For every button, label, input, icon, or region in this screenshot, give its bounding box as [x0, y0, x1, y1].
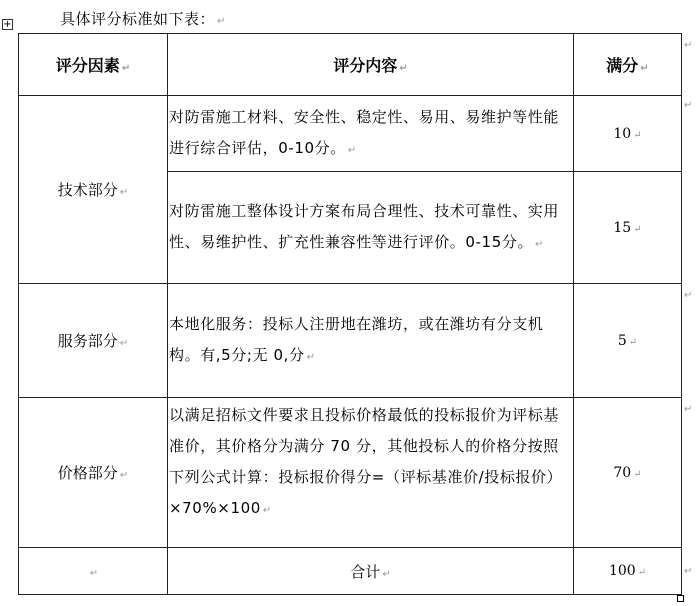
- total-row: ↵ 合计↵ 100↵: [19, 548, 682, 595]
- paragraph-mark-icon: ↵: [217, 16, 226, 27]
- table-row: 技术部分↵ 对防雷施工材料、安全性、稳定性、易用、易维护等性能进行综合评估，0-…: [19, 96, 682, 172]
- content-cell[interactable]: 对防雷施工材料、安全性、稳定性、易用、易维护等性能进行综合评估，0-10分。↵: [168, 96, 574, 172]
- table-move-handle-icon[interactable]: +: [2, 19, 13, 30]
- score-cell[interactable]: 70↵: [574, 398, 682, 548]
- row-end-mark-icon: ↵: [684, 566, 692, 577]
- row-end-mark-icon: ↵: [684, 290, 692, 301]
- factor-cell-service[interactable]: 服务部分↵: [19, 284, 168, 398]
- table-resize-handle-icon[interactable]: [677, 595, 684, 602]
- score-cell[interactable]: 10↵: [574, 96, 682, 172]
- score-cell[interactable]: 15↵: [574, 172, 682, 284]
- intro-text: 具体评分标准如下表：: [60, 10, 215, 28]
- header-factor[interactable]: 评分因素↵: [19, 34, 168, 96]
- content-cell[interactable]: 对防雷施工整体设计方案布局合理性、技术可靠性、实用性、易维护性、扩充性兼容性等进…: [168, 172, 574, 284]
- total-label-cell[interactable]: 合计↵: [168, 548, 574, 595]
- score-cell[interactable]: 5↵: [574, 284, 682, 398]
- table-header-row: 评分因素↵ 评分内容↵ 满分↵: [19, 34, 682, 96]
- factor-cell-tech[interactable]: 技术部分↵: [19, 96, 168, 284]
- content-cell[interactable]: 以满足招标文件要求且投标价格最低的投标报价为评标基准价，其价格分为满分 70 分…: [168, 398, 574, 548]
- total-factor-cell[interactable]: ↵: [19, 548, 168, 595]
- row-end-mark-icon: ↵: [684, 100, 692, 111]
- intro-paragraph: 具体评分标准如下表：↵: [60, 9, 226, 32]
- table-row: 价格部分↵ 以满足招标文件要求且投标价格最低的投标报价为评标基准价，其价格分为满…: [19, 398, 682, 548]
- table-row: 服务部分↵ 本地化服务：投标人注册地在潍坊，或在潍坊有分支机构。有,5分;无 0…: [19, 284, 682, 398]
- header-score[interactable]: 满分↵: [574, 34, 682, 96]
- factor-cell-price[interactable]: 价格部分↵: [19, 398, 168, 548]
- total-score-cell[interactable]: 100↵: [574, 548, 682, 595]
- row-end-mark-icon: ↵: [684, 404, 692, 415]
- header-content[interactable]: 评分内容↵: [168, 34, 574, 96]
- scoring-table: 评分因素↵ 评分内容↵ 满分↵ 技术部分↵ 对防雷施工材料、安全性、稳定性、易用…: [18, 33, 682, 595]
- content-cell[interactable]: 本地化服务：投标人注册地在潍坊，或在潍坊有分支机构。有,5分;无 0,分↵: [168, 284, 574, 398]
- row-end-mark-icon: ↵: [684, 40, 692, 51]
